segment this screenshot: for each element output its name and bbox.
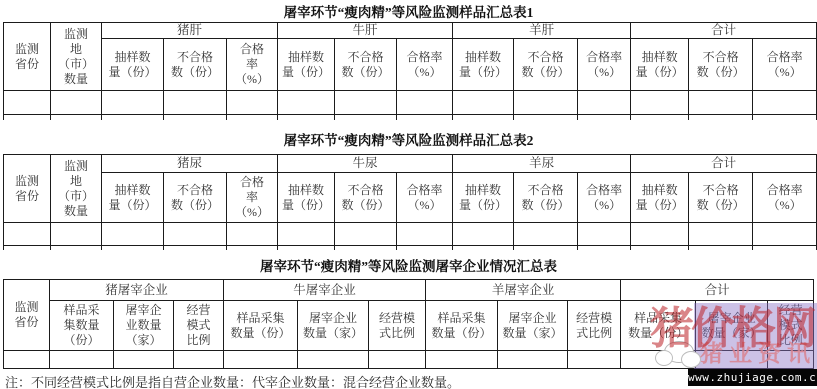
- group-header-pig-urine: 猪尿: [102, 155, 278, 173]
- empty-cell: [224, 351, 298, 369]
- col-header-city-count: 监测 地 （市） 数量: [51, 23, 102, 91]
- group-header-row: 监测 省份 监测 地 （市） 数量 猪尿 牛尿 羊尿 合计: [4, 155, 817, 173]
- col-header-fail-count: 不合格 数（份）: [164, 173, 227, 223]
- footnote: 注：不同经营模式比例是指自营企业数量：代宰企业数量：混合经营企业数量。: [5, 372, 460, 389]
- empty-cell: [102, 91, 164, 115]
- col-header-enterprise-count: 屠宰企业 数量（家）: [298, 301, 369, 351]
- col-header-sample-count: 抽样数 量（份）: [453, 39, 514, 91]
- stub-cell: [164, 115, 227, 121]
- watermark-url-bar: www.zhujiage.com.cn: [688, 369, 817, 386]
- col-header-enterprise-count: 屠宰企业 数量（家）: [498, 301, 568, 351]
- group-header-cattle-slaughter: 牛屠宰企业: [224, 280, 426, 301]
- col-header-pass-rate: 合格率 （%）: [578, 173, 631, 223]
- stub-cell: [631, 115, 689, 121]
- stub-cell: [278, 115, 335, 121]
- empty-cell: [50, 351, 114, 369]
- group-header-total: 合计: [621, 280, 814, 301]
- empty-cell: [498, 351, 568, 369]
- stub-cell: [514, 246, 578, 251]
- empty-cell: [514, 91, 578, 115]
- col-header-pass-rate: 合格 率 （%）: [227, 39, 278, 91]
- empty-cell: [753, 91, 817, 115]
- col-header-fail-count: 不合格 数（份）: [164, 39, 227, 91]
- empty-cell: [568, 351, 621, 369]
- table2-wrap: 监测 省份 监测 地 （市） 数量 猪尿 牛尿 羊尿 合计 抽样数 量（份） 不…: [3, 154, 817, 250]
- stub-cell: [51, 115, 102, 121]
- empty-cell: [753, 223, 817, 246]
- stub-cell: [4, 115, 51, 121]
- stub-cell: [453, 115, 514, 121]
- empty-cell: [227, 223, 278, 246]
- col-header-fail-count: 不合格 数（份）: [335, 173, 397, 223]
- col-header-sample-count: 抽样数 量（份）: [631, 173, 689, 223]
- col-header-fail-count: 不合格 数（份）: [335, 39, 397, 91]
- col-header-pass-rate: 合格率 （%）: [397, 39, 453, 91]
- col-header-sample-count: 抽样数 量（份）: [631, 39, 689, 91]
- col-header-city-count: 监测 地 （市） 数量: [51, 155, 102, 223]
- empty-cell: [4, 91, 51, 115]
- stub-cell: [397, 246, 453, 251]
- empty-cell: [51, 223, 102, 246]
- group-header-cattle-liver: 牛肝: [278, 23, 453, 39]
- col-header-province: 监测 省份: [4, 280, 50, 351]
- col-header-pass-rate: 合格 率 （%）: [227, 173, 278, 223]
- col-header-fail-count: 不合格 数（份）: [689, 39, 753, 91]
- stub-cell: [227, 246, 278, 251]
- document-page: { "doc": { "tables": [ { "title": "屠宰环节“…: [0, 0, 817, 389]
- empty-cell: [4, 351, 50, 369]
- stub-cell: [397, 115, 453, 121]
- col-header-sample-count: 抽样数 量（份）: [278, 39, 335, 91]
- stub-cell: [631, 246, 689, 251]
- stub-cell: [689, 246, 753, 251]
- col-header-sample-count: 抽样数 量（份）: [102, 173, 164, 223]
- empty-cell: [278, 91, 335, 115]
- empty-cell: [278, 223, 335, 246]
- col-header-fail-count: 不合格 数（份）: [689, 173, 753, 223]
- col-header-pass-rate: 合格率 （%）: [397, 173, 453, 223]
- col-header-province: 监测 省份: [4, 23, 51, 91]
- col-header-fail-count: 不合格 数（份）: [514, 173, 578, 223]
- group-header-cattle-urine: 牛尿: [278, 155, 453, 173]
- group-header-total: 合计: [631, 155, 817, 173]
- stub-cell: [278, 246, 335, 251]
- empty-cell: [631, 223, 689, 246]
- col-header-fail-count: 不合格 数（份）: [514, 39, 578, 91]
- sub-header-row: 抽样数 量（份） 不合格 数（份） 合格 率 （%） 抽样数 量（份） 不合格 …: [4, 39, 817, 91]
- table2-title: 屠宰环节“瘦肉精”等风险监测样品汇总表2: [0, 132, 817, 149]
- empty-cell: [114, 351, 174, 369]
- col-header-pass-rate: 合格率 （%）: [753, 39, 817, 91]
- col-header-operation-mode-ratio: 经营 模式 比例: [174, 301, 224, 351]
- stub-cell: [51, 246, 102, 251]
- table1-wrap: 监测 省份 监测 地 （市） 数量 猪肝 牛肝 羊肝 合计 抽样数 量（份） 不…: [3, 22, 817, 120]
- clipped-row: [4, 246, 817, 251]
- empty-cell: [578, 91, 631, 115]
- empty-cell: [397, 91, 453, 115]
- col-header-sample-collect-count: 样品采集 数量（份）: [224, 301, 298, 351]
- stub-cell: [227, 115, 278, 121]
- empty-cell: [689, 223, 753, 246]
- stub-cell: [578, 246, 631, 251]
- col-header-sample-count: 抽样数 量（份）: [278, 173, 335, 223]
- stub-cell: [164, 246, 227, 251]
- empty-cell: [335, 91, 397, 115]
- clipped-row: [4, 115, 817, 121]
- table3-title: 屠宰环节“瘦肉精”等风险监测屠宰企业情况汇总表: [0, 258, 817, 275]
- empty-cell: [164, 223, 227, 246]
- sample-summary-table-1: 监测 省份 监测 地 （市） 数量 猪肝 牛肝 羊肝 合计 抽样数 量（份） 不…: [3, 22, 817, 120]
- sub-header-row: 抽样数 量（份） 不合格 数（份） 合格 率 （%） 抽样数 量（份） 不合格 …: [4, 173, 817, 223]
- empty-cell: [51, 91, 102, 115]
- group-header-sheep-urine: 羊尿: [453, 155, 631, 173]
- sample-summary-table-2: 监测 省份 监测 地 （市） 数量 猪尿 牛尿 羊尿 合计 抽样数 量（份） 不…: [3, 154, 817, 250]
- col-header-sample-count: 抽样数 量（份）: [102, 39, 164, 91]
- empty-cell: [631, 91, 689, 115]
- col-header-province: 监测 省份: [4, 155, 51, 223]
- col-header-sample-count: 抽样数 量（份）: [453, 173, 514, 223]
- empty-cell: [453, 223, 514, 246]
- empty-cell: [514, 223, 578, 246]
- empty-cell: [102, 223, 164, 246]
- empty-cell: [227, 91, 278, 115]
- col-header-operation-mode-ratio: 经营模 式比例: [369, 301, 426, 351]
- group-header-pig-liver: 猪肝: [102, 23, 278, 39]
- group-header-row: 监测 省份 猪屠宰企业 牛屠宰企业 羊屠宰企业 合计: [4, 280, 814, 301]
- stub-cell: [578, 115, 631, 121]
- empty-cell: [335, 223, 397, 246]
- empty-data-row: [4, 91, 817, 115]
- stub-cell: [335, 115, 397, 121]
- stub-cell: [689, 115, 753, 121]
- empty-cell: [4, 223, 51, 246]
- empty-cell: [453, 91, 514, 115]
- col-header-sample-collect-count: 样品采集 数量（份）: [426, 301, 498, 351]
- group-header-pig-slaughter: 猪屠宰企业: [50, 280, 224, 301]
- stub-cell: [753, 115, 817, 121]
- stub-cell: [753, 246, 817, 251]
- empty-cell: [689, 91, 753, 115]
- stub-cell: [102, 246, 164, 251]
- group-header-sheep-liver: 羊肝: [453, 23, 631, 39]
- empty-cell: [174, 351, 224, 369]
- col-header-pass-rate: 合格率 （%）: [578, 39, 631, 91]
- empty-cell: [426, 351, 498, 369]
- empty-cell: [298, 351, 369, 369]
- col-header-operation-mode-ratio: 经营模 式比例: [568, 301, 621, 351]
- col-header-sample-collect-count: 样品采 集数量 （份）: [50, 301, 114, 351]
- col-header-pass-rate: 合格率 （%）: [753, 173, 817, 223]
- empty-cell: [164, 91, 227, 115]
- empty-cell: [397, 223, 453, 246]
- empty-data-row: [4, 223, 817, 246]
- stub-cell: [4, 246, 51, 251]
- watermark-brand: 猪价格网: [650, 306, 817, 352]
- group-header-sheep-slaughter: 羊屠宰企业: [426, 280, 621, 301]
- group-header-row: 监测 省份 监测 地 （市） 数量 猪肝 牛肝 羊肝 合计: [4, 23, 817, 39]
- empty-cell: [369, 351, 426, 369]
- stub-cell: [335, 246, 397, 251]
- empty-cell: [578, 223, 631, 246]
- stub-cell: [102, 115, 164, 121]
- stub-cell: [453, 246, 514, 251]
- col-header-enterprise-count: 屠宰企 业数量 （家）: [114, 301, 174, 351]
- table1-title: 屠宰环节“瘦肉精”等风险监测样品汇总表1: [0, 4, 817, 21]
- group-header-total: 合计: [631, 23, 817, 39]
- stub-cell: [514, 115, 578, 121]
